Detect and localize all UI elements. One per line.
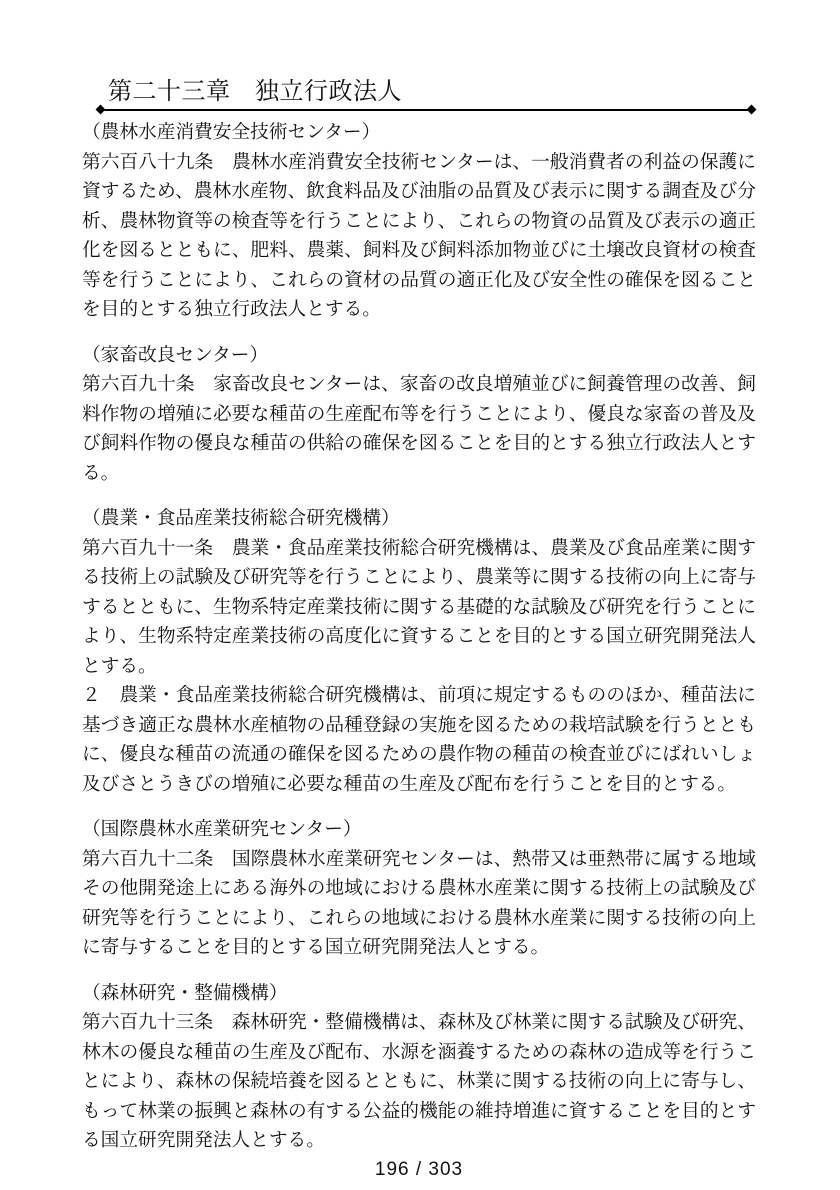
section-heading: （森林研究・整備機構）: [82, 978, 756, 1008]
article-paragraph: 第六百九十二条 国際農林水産業研究センターは、熱帯又は亜熱帯に属する地域その他開…: [82, 844, 756, 962]
rule-endpoint-dot-left: [96, 105, 106, 115]
law-section: （農業・食品産業技術総合研究機構） 第六百九十一条 農業・食品産業技術総合研究機…: [82, 503, 756, 798]
article-paragraph: 第六百九十条 家畜改良センターは、家畜の改良増殖並びに飼養管理の改善、飼料作物の…: [82, 369, 756, 487]
law-section: （森林研究・整備機構） 第六百九十三条 森林研究・整備機構は、森林及び林業に関す…: [82, 978, 756, 1155]
law-section: （農林水産消費安全技術センター） 第六百八十九条 農林水産消費安全技術センターは…: [82, 117, 756, 324]
section-heading: （農林水産消費安全技術センター）: [82, 117, 756, 147]
law-section: （家畜改良センター） 第六百九十条 家畜改良センターは、家畜の改良増殖並びに飼養…: [82, 340, 756, 488]
section-heading: （家畜改良センター）: [82, 340, 756, 370]
section-heading: （国際農林水産業研究センター）: [82, 814, 756, 844]
article-paragraph: 第六百九十一条 農業・食品産業技術総合研究機構は、農業及び食品産業に関する技術上…: [82, 533, 756, 681]
page-number: 196 / 303: [82, 1155, 756, 1185]
title-underline: [100, 109, 752, 111]
document-page: 第二十三章 独立行政法人 （農林水産消費安全技術センター） 第六百八十九条 農林…: [0, 0, 840, 1190]
article-paragraph: 第六百九十三条 森林研究・整備機構は、森林及び林業に関する試験及び研究、林木の優…: [82, 1007, 756, 1155]
article-paragraph: ２ 農業・食品産業技術総合研究機構は、前項に規定するもののほか、種苗法に基づき適…: [82, 680, 756, 798]
law-section: （国際農林水産業研究センター） 第六百九十二条 国際農林水産業研究センターは、熱…: [82, 814, 756, 962]
chapter-title: 第二十三章 独立行政法人: [108, 76, 756, 108]
section-heading: （農業・食品産業技術総合研究機構）: [82, 503, 756, 533]
article-paragraph: 第六百八十九条 農林水産消費安全技術センターは、一般消費者の利益の保護に資するた…: [82, 147, 756, 324]
